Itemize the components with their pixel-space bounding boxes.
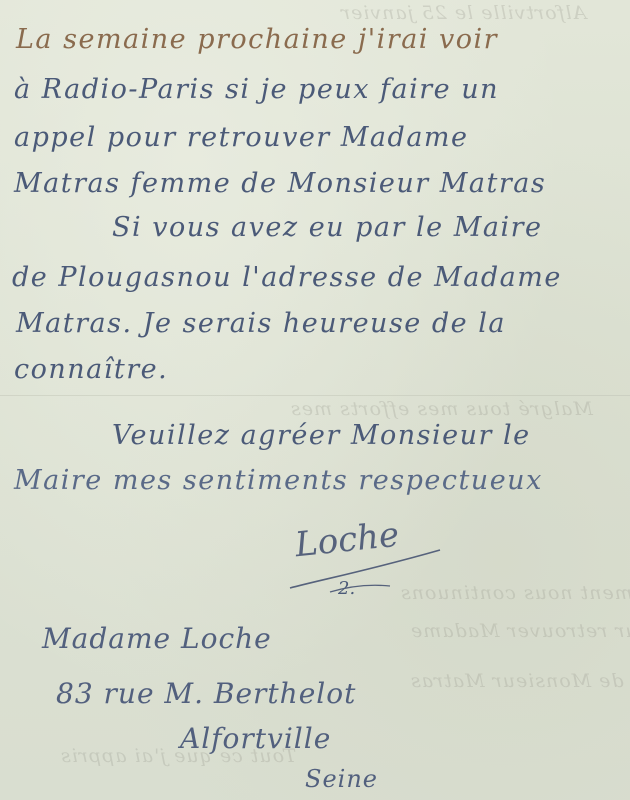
- letter-line: La semaine prochaine j'irai voir: [16, 24, 498, 55]
- sender-department: Seine: [305, 765, 378, 793]
- bleed-through-line: de Monsieur Matras: [410, 670, 624, 692]
- signature-flourish-icon: [280, 540, 450, 600]
- paper-fold: [0, 395, 630, 396]
- letter-line: Matras femme de Monsieur Matras: [14, 168, 546, 199]
- sender-name: Madame Loche: [42, 622, 272, 655]
- sender-city: Alfortville: [180, 722, 331, 755]
- letter-line: de Plougasnou l'adresse de Madame: [12, 262, 562, 293]
- bleed-through-line: Alfortville le 25 janvier: [340, 2, 586, 24]
- letter-line: appel pour retrouver Madame: [14, 122, 469, 153]
- letter-page: Alfortville le 25 janvier Malgré tous me…: [0, 0, 630, 800]
- bleed-through-line: recherches pour retrouver Madame: [410, 620, 630, 642]
- signature-mark: 2.: [338, 578, 355, 599]
- letter-line: Si vous avez eu par le Maire: [112, 212, 542, 243]
- letter-line: à Radio-Paris si je peux faire un: [14, 74, 499, 105]
- sender-street: 83 rue M. Berthelot: [56, 677, 356, 710]
- letter-line: Matras. Je serais heureuse de la: [16, 308, 506, 339]
- bleed-through-line: Malgré tous mes efforts mes: [290, 398, 593, 420]
- letter-line: connaître.: [14, 354, 168, 385]
- closing-line: Veuillez agréer Monsieur le: [112, 420, 531, 451]
- closing-line: Maire mes sentiments respectueux: [14, 465, 543, 496]
